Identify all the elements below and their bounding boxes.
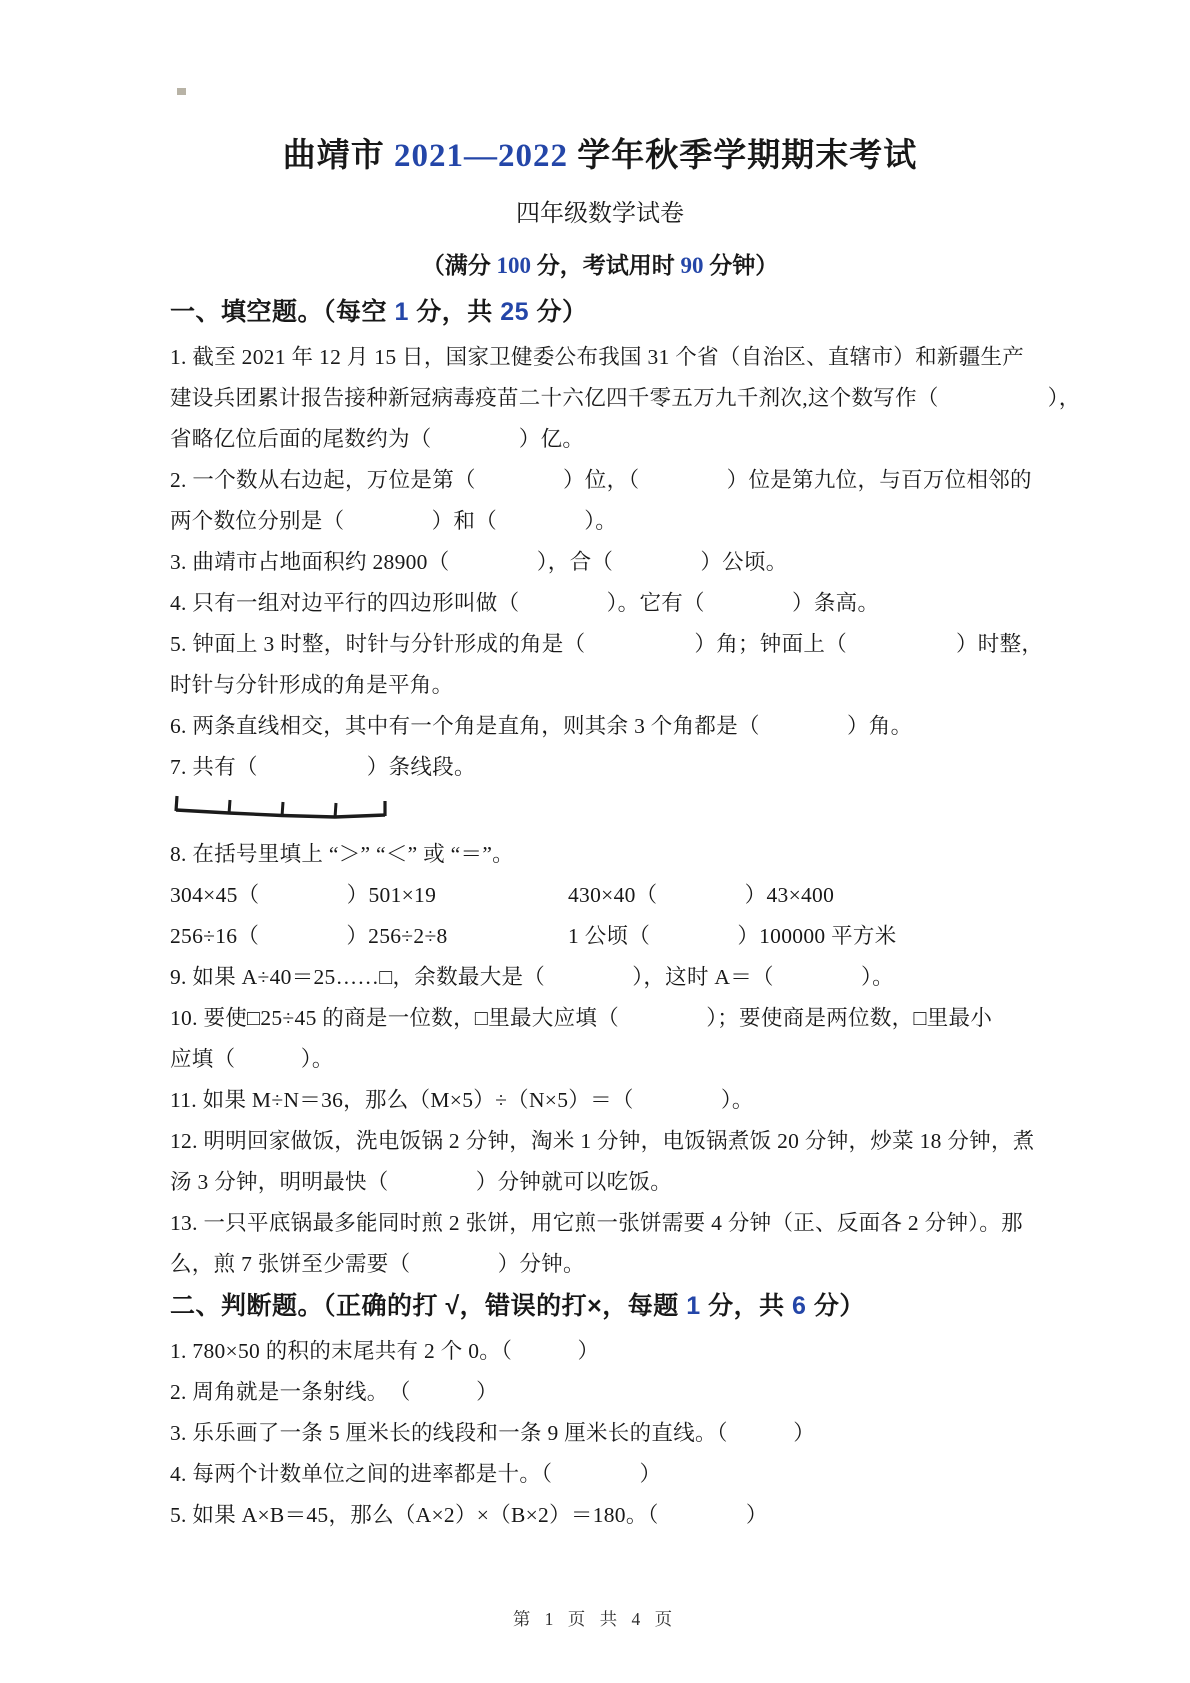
compare-row-2: 256÷16（ ）256÷2÷8 1 公顷（ ）100000 平方米 bbox=[170, 916, 1030, 957]
fill-items-part2-line-8: 么，煎 7 张饼至少需要（ ）分钟。 bbox=[170, 1244, 1030, 1285]
fill-items-part1-line-11: 7. 共有（ ）条线段。 bbox=[170, 747, 1030, 788]
fill-items-part1-line-3: 省略亿位后面的尾数约为（ ）亿。 bbox=[170, 419, 1030, 460]
text-segment: 分，共 bbox=[701, 1292, 792, 1320]
fill-items-part2-line-4: 11. 如果 M÷N＝36，那么（M×5）÷（N×5）＝（ ）。 bbox=[170, 1080, 1030, 1121]
segment-figure-block bbox=[170, 788, 1030, 834]
text-segment: （满分 bbox=[422, 253, 497, 278]
text-segment: 二、判断题。（正确的打 √，错误的打×，每题 bbox=[170, 1292, 686, 1320]
judge-items-line-2: 2. 周角就是一条射线。 （ ） bbox=[170, 1372, 1030, 1413]
fill-items-part1-line-10: 6. 两条直线相交，其中有一个角是直角，则其余 3 个角都是（ ）角。 bbox=[170, 706, 1030, 747]
compare-row-2-left: 256÷16（ ）256÷2÷8 bbox=[170, 916, 568, 957]
fill-items-part1-line-5: 两个数位分别是（ ）和（ ）。 bbox=[170, 501, 1030, 542]
text-segment: 曲靖市 bbox=[283, 138, 394, 174]
compare-row-2-right: 1 公顷（ ）100000 平方米 bbox=[568, 916, 1030, 957]
text-segment: 100 bbox=[497, 253, 532, 278]
judge-items-line-3: 3. 乐乐画了一条 5 厘米长的线段和一条 9 厘米长的直线。（ ） bbox=[170, 1413, 1030, 1454]
fill-items-part2-line-2: 10. 要使□25÷45 的商是一位数，□里最大应填（ ）；要使商是两位数，□里… bbox=[170, 998, 1030, 1039]
text-segment: 分钟） bbox=[704, 253, 779, 278]
text-segment: 学年秋季学期期末考试 bbox=[568, 138, 917, 174]
fill-items-part1-line-7: 4. 只有一组对边平行的四边形叫做（ ）。它有（ ）条高。 bbox=[170, 583, 1030, 624]
fill-items-part1-line-6: 3. 曲靖市占地面积约 28900（ ），合（ ）公顷。 bbox=[170, 542, 1030, 583]
exam-info: （满分 100 分，考试用时 90 分钟） bbox=[170, 249, 1030, 283]
text-segment: 25 bbox=[500, 298, 529, 326]
line-segment-figure bbox=[170, 790, 392, 830]
fill-items-part1: 1. 截至 2021 年 12 月 15 日，国家卫健委公布我国 31 个省（自… bbox=[170, 337, 1030, 788]
text-segment: 90 bbox=[681, 253, 704, 278]
text-segment: 1 bbox=[394, 298, 408, 326]
fill-items-part1-line-4: 2. 一个数从右边起，万位是第（ ）位，（ ）位是第九位，与百万位相邻的 bbox=[170, 460, 1030, 501]
text-segment: 6 bbox=[792, 1292, 806, 1320]
fill-items-part2-line-7: 13. 一只平底锅最多能同时煎 2 张饼，用它煎一张饼需要 4 分钟（正、反面各… bbox=[170, 1203, 1030, 1244]
section-fill-heading: 一、填空题。（每空 1 分，共 25 分） bbox=[170, 291, 1030, 333]
fill-items-part2-line-5: 12. 明明回家做饭，洗电饭锅 2 分钟，淘米 1 分钟，电饭锅煮饭 20 分钟… bbox=[170, 1121, 1030, 1162]
judge-items-line-1: 1. 780×50 的积的末尾共有 2 个 0。（ ） bbox=[170, 1331, 1030, 1372]
page-footer: 第 1 页 共 4 页 bbox=[0, 1606, 1190, 1631]
text-segment: 分，考试用时 bbox=[531, 253, 681, 278]
text-segment: 1 bbox=[686, 1292, 700, 1320]
judge-items-line-4: 4. 每两个计数单位之间的进率都是十。（ ） bbox=[170, 1454, 1030, 1495]
fill-items-part2-line-6: 汤 3 分钟，明明最快（ ）分钟就可以吃饭。 bbox=[170, 1162, 1030, 1203]
judge-items: 1. 780×50 的积的末尾共有 2 个 0。（ ）2. 周角就是一条射线。 … bbox=[170, 1331, 1030, 1536]
section-judge-heading: 二、判断题。（正确的打 √，错误的打×，每题 1 分，共 6 分） bbox=[170, 1285, 1030, 1327]
text-segment: 分） bbox=[806, 1292, 864, 1320]
compare-row-1-left: 304×45（ ）501×19 bbox=[170, 875, 568, 916]
text-segment: 分） bbox=[529, 298, 587, 326]
fill-item-8-heading: 8. 在括号里填上 “＞” “＜” 或 “＝”。 bbox=[170, 834, 1030, 875]
fill-items-part2-line-3: 应填（ ）。 bbox=[170, 1039, 1030, 1080]
fill-items-part1-line-8: 5. 钟面上 3 时整，时针与分针形成的角是（ ）角；钟面上（ ）时整， bbox=[170, 624, 1030, 665]
page-title: 曲靖市 2021—2022 学年秋季学期期末考试 bbox=[170, 135, 1030, 177]
fill-items-part2-line-1: 9. 如果 A÷40＝25……□，余数最大是（ ），这时 A＝（ ）。 bbox=[170, 957, 1030, 998]
fill-items-part2: 9. 如果 A÷40＝25……□，余数最大是（ ），这时 A＝（ ）。10. 要… bbox=[170, 957, 1030, 1285]
compare-row-1-right: 430×40（ ）43×400 bbox=[568, 875, 1030, 916]
fill-items-part1-line-9: 时针与分针形成的角是平角。 bbox=[170, 665, 1030, 706]
text-segment: 一、填空题。（每空 bbox=[170, 298, 394, 326]
fill-items-part1-line-1: 1. 截至 2021 年 12 月 15 日，国家卫健委公布我国 31 个省（自… bbox=[170, 337, 1030, 378]
judge-items-line-5: 5. 如果 A×B＝45，那么（A×2）×（B×2）＝180。（ ） bbox=[170, 1495, 1030, 1536]
document-page: 曲靖市 2021—2022 学年秋季学期期末考试 四年级数学试卷 （满分 100… bbox=[170, 0, 1030, 1536]
fill-items-part1-line-2: 建设兵团累计报告接种新冠病毒疫苗二十六亿四千零五万九千剂次,这个数写作（ ）， bbox=[170, 378, 1030, 419]
compare-row-1: 304×45（ ）501×19 430×40（ ）43×400 bbox=[170, 875, 1030, 916]
exam-subtitle: 四年级数学试卷 bbox=[170, 197, 1030, 231]
text-segment: 2021—2022 bbox=[394, 138, 568, 174]
text-segment: 分，共 bbox=[409, 298, 500, 326]
